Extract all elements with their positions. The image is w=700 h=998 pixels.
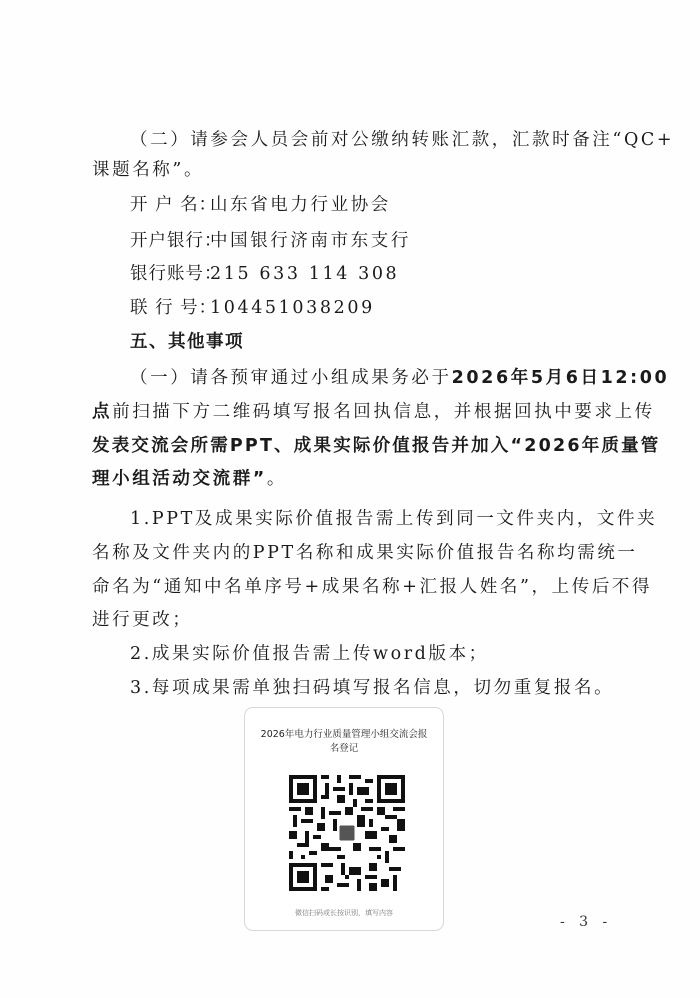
item1-group-name: 理小组活动交流群” <box>92 469 267 489</box>
rule1-line-3: 命名为“通知中名单序号+成果名称+汇报人姓名”，上传后不得 <box>92 575 652 599</box>
payment-note-line-1: （二）请参会人员会前对公缴纳转账汇款，汇款时备注“QC+ <box>130 128 674 152</box>
qr-code-icon[interactable] <box>289 775 405 891</box>
rule1-line-2: 名称及文件夹内的PPT名称和成果实际价值报告名称均需统一 <box>92 541 638 565</box>
item1-end: 。 <box>267 469 287 489</box>
rule3-line: 3.每项成果需单独扫码填写报名信息，切勿重复报名。 <box>130 676 614 700</box>
page-number: - 3 - <box>560 914 612 930</box>
account-number-label: 银行账号： <box>130 262 210 286</box>
item1-instructions: 前扫描下方二维码填写报名回执信息，并根据回执中要求上传 <box>112 402 655 422</box>
account-routing-value: 104451038209 <box>210 298 375 318</box>
rule2-line: 2.成果实际价值报告需上传word版本； <box>130 642 489 666</box>
item1-line-4: 理小组活动交流群”。 <box>92 467 287 491</box>
account-name-label: 开 户 名： <box>130 193 210 217</box>
account-name-row: 开 户 名：山东省电力行业协会 <box>130 193 391 217</box>
rule1-line-4: 进行更改； <box>92 608 193 632</box>
account-number-row: 银行账号：215 633 114 308 <box>130 262 399 286</box>
account-bank-label: 开户银行： <box>130 229 210 253</box>
account-name-value: 山东省电力行业协会 <box>210 195 391 215</box>
item1-prefix: （一）请各预审通过小组成果务必于 <box>130 368 452 388</box>
qr-card-title: 2026年电力行业质量管理小组交流会报名登记 <box>245 728 443 756</box>
item1-line-3: 发表交流会所需PPT、成果实际价值报告并加入“2026年质量管 <box>92 434 661 458</box>
account-bank-row: 开户银行：中国银行济南市东支行 <box>130 229 411 253</box>
rule1-line-1: 1.PPT及成果实际价值报告需上传到同一文件夹内，文件夹 <box>130 507 657 531</box>
account-routing-row: 联 行 号：104451038209 <box>130 296 375 320</box>
qr-card-caption: 微信扫码或长按识别，填写内容 <box>245 908 443 918</box>
item1-deadline: 2026年5月6日12:00 <box>452 368 670 388</box>
item1-deadline-suffix: 点 <box>92 402 112 422</box>
section-heading: 五、其他事项 <box>130 330 244 354</box>
item1-line-1: （一）请各预审通过小组成果务必于2026年5月6日12:00 <box>130 366 669 390</box>
document-page: （二）请参会人员会前对公缴纳转账汇款，汇款时备注“QC+ 课题名称”。 开 户 … <box>0 0 700 998</box>
qr-registration-card: 2026年电力行业质量管理小组交流会报名登记 <box>244 707 444 931</box>
item1-line-2: 点前扫描下方二维码填写报名回执信息，并根据回执中要求上传 <box>92 400 655 424</box>
account-routing-label: 联 行 号： <box>130 296 210 320</box>
payment-note-line-2: 课题名称”。 <box>92 158 204 182</box>
account-number-value: 215 633 114 308 <box>210 264 399 284</box>
account-bank-value: 中国银行济南市东支行 <box>210 231 411 251</box>
